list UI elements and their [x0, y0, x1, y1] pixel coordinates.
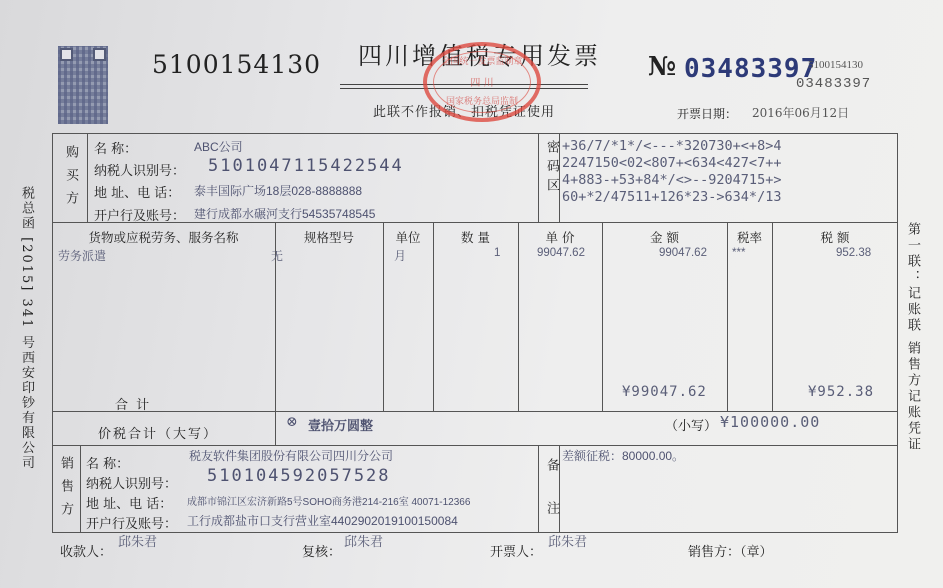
- buyer-section-label: 购买方: [61, 145, 80, 214]
- issuer-value: 邱朱君: [548, 531, 587, 550]
- item-spec: 无: [271, 247, 283, 264]
- total-amount: ¥99047.62: [622, 384, 707, 400]
- invoice-code: 5100154130: [152, 50, 321, 79]
- divider: [52, 411, 898, 412]
- col-header-unit: 单位: [383, 228, 433, 246]
- cancel-cross-icon: ⊗: [286, 414, 298, 430]
- grand-total-lowercase-value: ¥100000.00: [720, 413, 820, 431]
- seller-taxid-value: 510104592057528: [207, 466, 391, 486]
- seller-section-label: 销售方: [56, 456, 75, 525]
- printed-invoice-number: 03483397: [796, 76, 871, 92]
- stamp-bottom-text: 国家税务总局监制: [427, 94, 537, 107]
- remarks-text: 差额征税：80000.00。: [562, 447, 684, 464]
- buyer-address-value: 泰丰国际广场18层028-8888888: [194, 182, 362, 199]
- seller-name-value: 税友软件集团股份有限公司四川分公司: [189, 447, 393, 464]
- total-label: 合 计: [115, 394, 151, 413]
- divider: [518, 222, 519, 411]
- grand-total-label: 价税合计（大写）: [98, 423, 218, 442]
- seller-taxid-label: 纳税人识别号：: [86, 473, 177, 492]
- cipher-line: 4+883-+53+84*/<>--9204715+>: [562, 172, 781, 189]
- item-quantity: 1: [494, 247, 500, 259]
- seller-address-value: 成都市锦江区宏济新路5号SOHO商务港214-216室 40071-12366: [187, 493, 470, 508]
- stamp-top-text: 全国统一发票监制章: [427, 54, 537, 67]
- official-stamp: 全国统一发票监制章 四 川 国家税务总局监制: [423, 42, 541, 122]
- grand-total-uppercase: 壹拾万圆整: [308, 415, 373, 434]
- divider: [538, 445, 539, 533]
- col-header-amount: 金 额: [602, 228, 727, 246]
- item-tax-rate: ***: [732, 247, 745, 259]
- stamp-mid-text: 四 川: [427, 74, 537, 89]
- col-header-quantity: 数 量: [433, 228, 518, 246]
- divider: [383, 222, 384, 411]
- buyer-address-label: 地 址、电 话：: [94, 182, 180, 201]
- grand-total-lowercase-label: （小写）: [665, 415, 717, 434]
- item-amount: 99047.62: [659, 247, 707, 259]
- col-header-unit-price: 单 价: [518, 228, 602, 246]
- divider: [80, 445, 81, 533]
- divider: [727, 222, 728, 411]
- qr-code: [58, 46, 108, 124]
- issue-date-label: 开票日期：: [677, 105, 737, 122]
- seller-name-label: 名 称：: [86, 453, 129, 472]
- printer-info: 税总函 [2015] 341 号西安印钞有限公司: [17, 186, 36, 470]
- divider: [602, 222, 603, 411]
- item-tax: 952.38: [836, 247, 871, 259]
- col-header-name: 货物或应税劳务、服务名称: [52, 228, 275, 246]
- cipher-line: 60+*2/47511+126*23->634*/13: [562, 189, 781, 206]
- buyer-bank-label: 开户行及账号：: [94, 205, 185, 224]
- copy-designation: 第一联：记账联 销售方记账凭证: [903, 222, 922, 453]
- payee-value: 邱朱君: [118, 531, 157, 550]
- number-sign: №: [648, 52, 676, 82]
- seller-bank-label: 开户行及账号：: [86, 513, 177, 532]
- col-header-spec: 规格型号: [275, 228, 383, 246]
- seller-address-label: 地 址、电 话：: [86, 493, 172, 512]
- cipher-section-label: 密码区: [542, 140, 561, 197]
- item-unit-price: 99047.62: [537, 247, 585, 259]
- cipher-area: +36/7/*1*/<---*320730+<+8>42247150<02<80…: [562, 138, 781, 206]
- item-name: 劳务派遣: [58, 247, 106, 264]
- cipher-line: 2247150<02<807+<634<427<7++: [562, 155, 781, 172]
- divider: [538, 133, 539, 222]
- col-header-tax: 税 额: [772, 228, 898, 246]
- seller-bank-value: 工行成都盐市口支行营业室4402902019100150084: [187, 512, 458, 529]
- buyer-taxid-label: 纳税人识别号：: [94, 160, 185, 179]
- total-tax: ¥952.38: [808, 384, 874, 400]
- buyer-name-label: 名 称：: [94, 138, 137, 157]
- divider: [433, 222, 434, 411]
- divider: [52, 445, 898, 446]
- buyer-name-value: ABC公司: [194, 138, 243, 155]
- cipher-line: +36/7/*1*/<---*320730+<+8>4: [562, 138, 781, 155]
- buyer-bank-value: 建行成都水碾河支行54535748545: [194, 205, 375, 222]
- col-header-tax-rate: 税率: [727, 228, 772, 246]
- divider: [772, 222, 773, 411]
- issue-date-value: 2016年06月12日: [752, 104, 849, 121]
- divider: [275, 411, 276, 445]
- reviewer-label: 复核：: [302, 541, 341, 560]
- divider: [87, 133, 88, 222]
- item-unit: 月: [394, 247, 406, 264]
- reviewer-value: 邱朱君: [344, 531, 383, 550]
- seller-seal-label: 销售方：（章）: [688, 541, 773, 560]
- buyer-taxid-value: 5101047115422544: [208, 156, 404, 176]
- issuer-label: 开票人：: [490, 541, 542, 560]
- printed-invoice-code: 5100154130: [808, 59, 863, 71]
- payee-label: 收款人：: [60, 541, 112, 560]
